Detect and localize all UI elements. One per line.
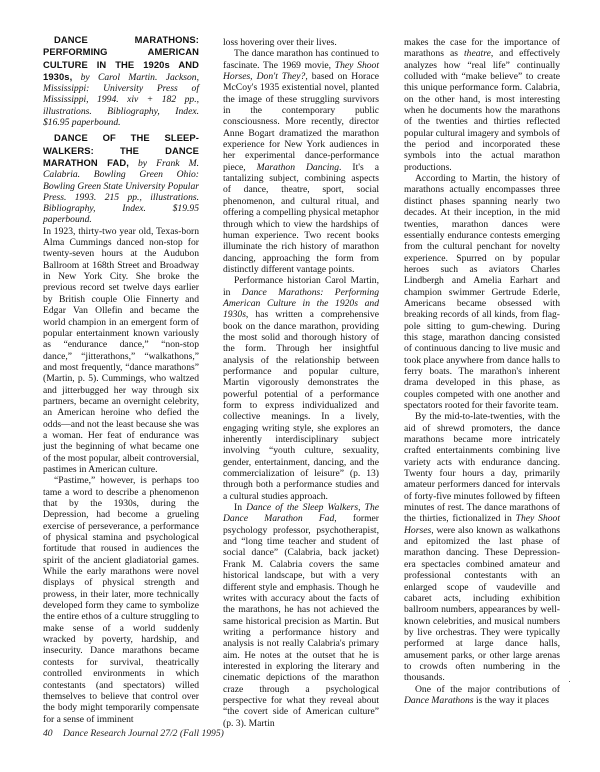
body-paragraph: One of the major contributions of Dance … xyxy=(404,684,560,707)
body-paragraph: In 1923, thirty-two year old, Texas-born… xyxy=(43,226,199,476)
emphasis: theatre xyxy=(464,48,491,59)
page-footer: 40 Dance Research Journal 27/2 (Fall 199… xyxy=(43,728,224,739)
text-run: , based on Horace McCoy's 1935 existenti… xyxy=(223,71,379,173)
column-2: loss hovering over their lives. The danc… xyxy=(223,37,379,729)
work-title: Marathon Dancing xyxy=(257,162,339,173)
text-run: , were also known as walkathons and epit… xyxy=(404,525,560,683)
body-paragraph: loss hovering over their lives. xyxy=(223,37,379,48)
text-run: , has written a comprehensive book on th… xyxy=(223,309,379,502)
journal-citation: Dance Research Journal 27/2 (Fall 1995) xyxy=(63,728,224,739)
journal-page: DANCE MARATHONS: PERFORMING AMERICAN CUL… xyxy=(0,0,600,772)
text-run: In xyxy=(234,502,246,513)
book-citation-martin: DANCE MARATHONS: PERFORMING AMERICAN CUL… xyxy=(43,34,199,128)
body-paragraph: “Pastime,” however, is perhaps too tame … xyxy=(43,475,199,725)
body-paragraph: The dance marathon has continued to fasc… xyxy=(223,48,379,275)
book-title-inline: Dance Marathons xyxy=(404,695,474,706)
column-3: makes the case for the importance of mar… xyxy=(404,37,560,706)
text-run: , former psychology professor, psychothe… xyxy=(223,513,379,728)
book-publication-info: by Frank M. Calabria. Bowling Green Ohio… xyxy=(43,158,199,225)
text-run: is the way it places xyxy=(474,695,549,706)
body-paragraph: According to Martin, the history of mara… xyxy=(404,173,560,411)
body-paragraph: makes the case for the importance of mar… xyxy=(404,37,560,173)
text-run: By the mid-to-late-twenties, with the ai… xyxy=(404,411,560,524)
text-run: One of the major contributions of xyxy=(415,684,560,695)
body-paragraph: By the mid-to-late-twenties, with the ai… xyxy=(404,411,560,683)
body-paragraph: Performance historian Carol Martin, in D… xyxy=(223,275,379,502)
scan-speck xyxy=(569,681,570,682)
text-run: . It's a tantalizing subject, combining … xyxy=(223,162,379,275)
column-1: DANCE MARATHONS: PERFORMING AMERICAN CUL… xyxy=(43,34,199,725)
page-number: 40 xyxy=(43,728,53,739)
body-paragraph: In Dance of the Sleep Walkers, The Dance… xyxy=(223,502,379,729)
text-run: , and effectively analyzes how “real lif… xyxy=(404,48,560,172)
book-citation-calabria: DANCE OF THE SLEEP-WALKERS: THE DANCE MA… xyxy=(43,132,199,225)
